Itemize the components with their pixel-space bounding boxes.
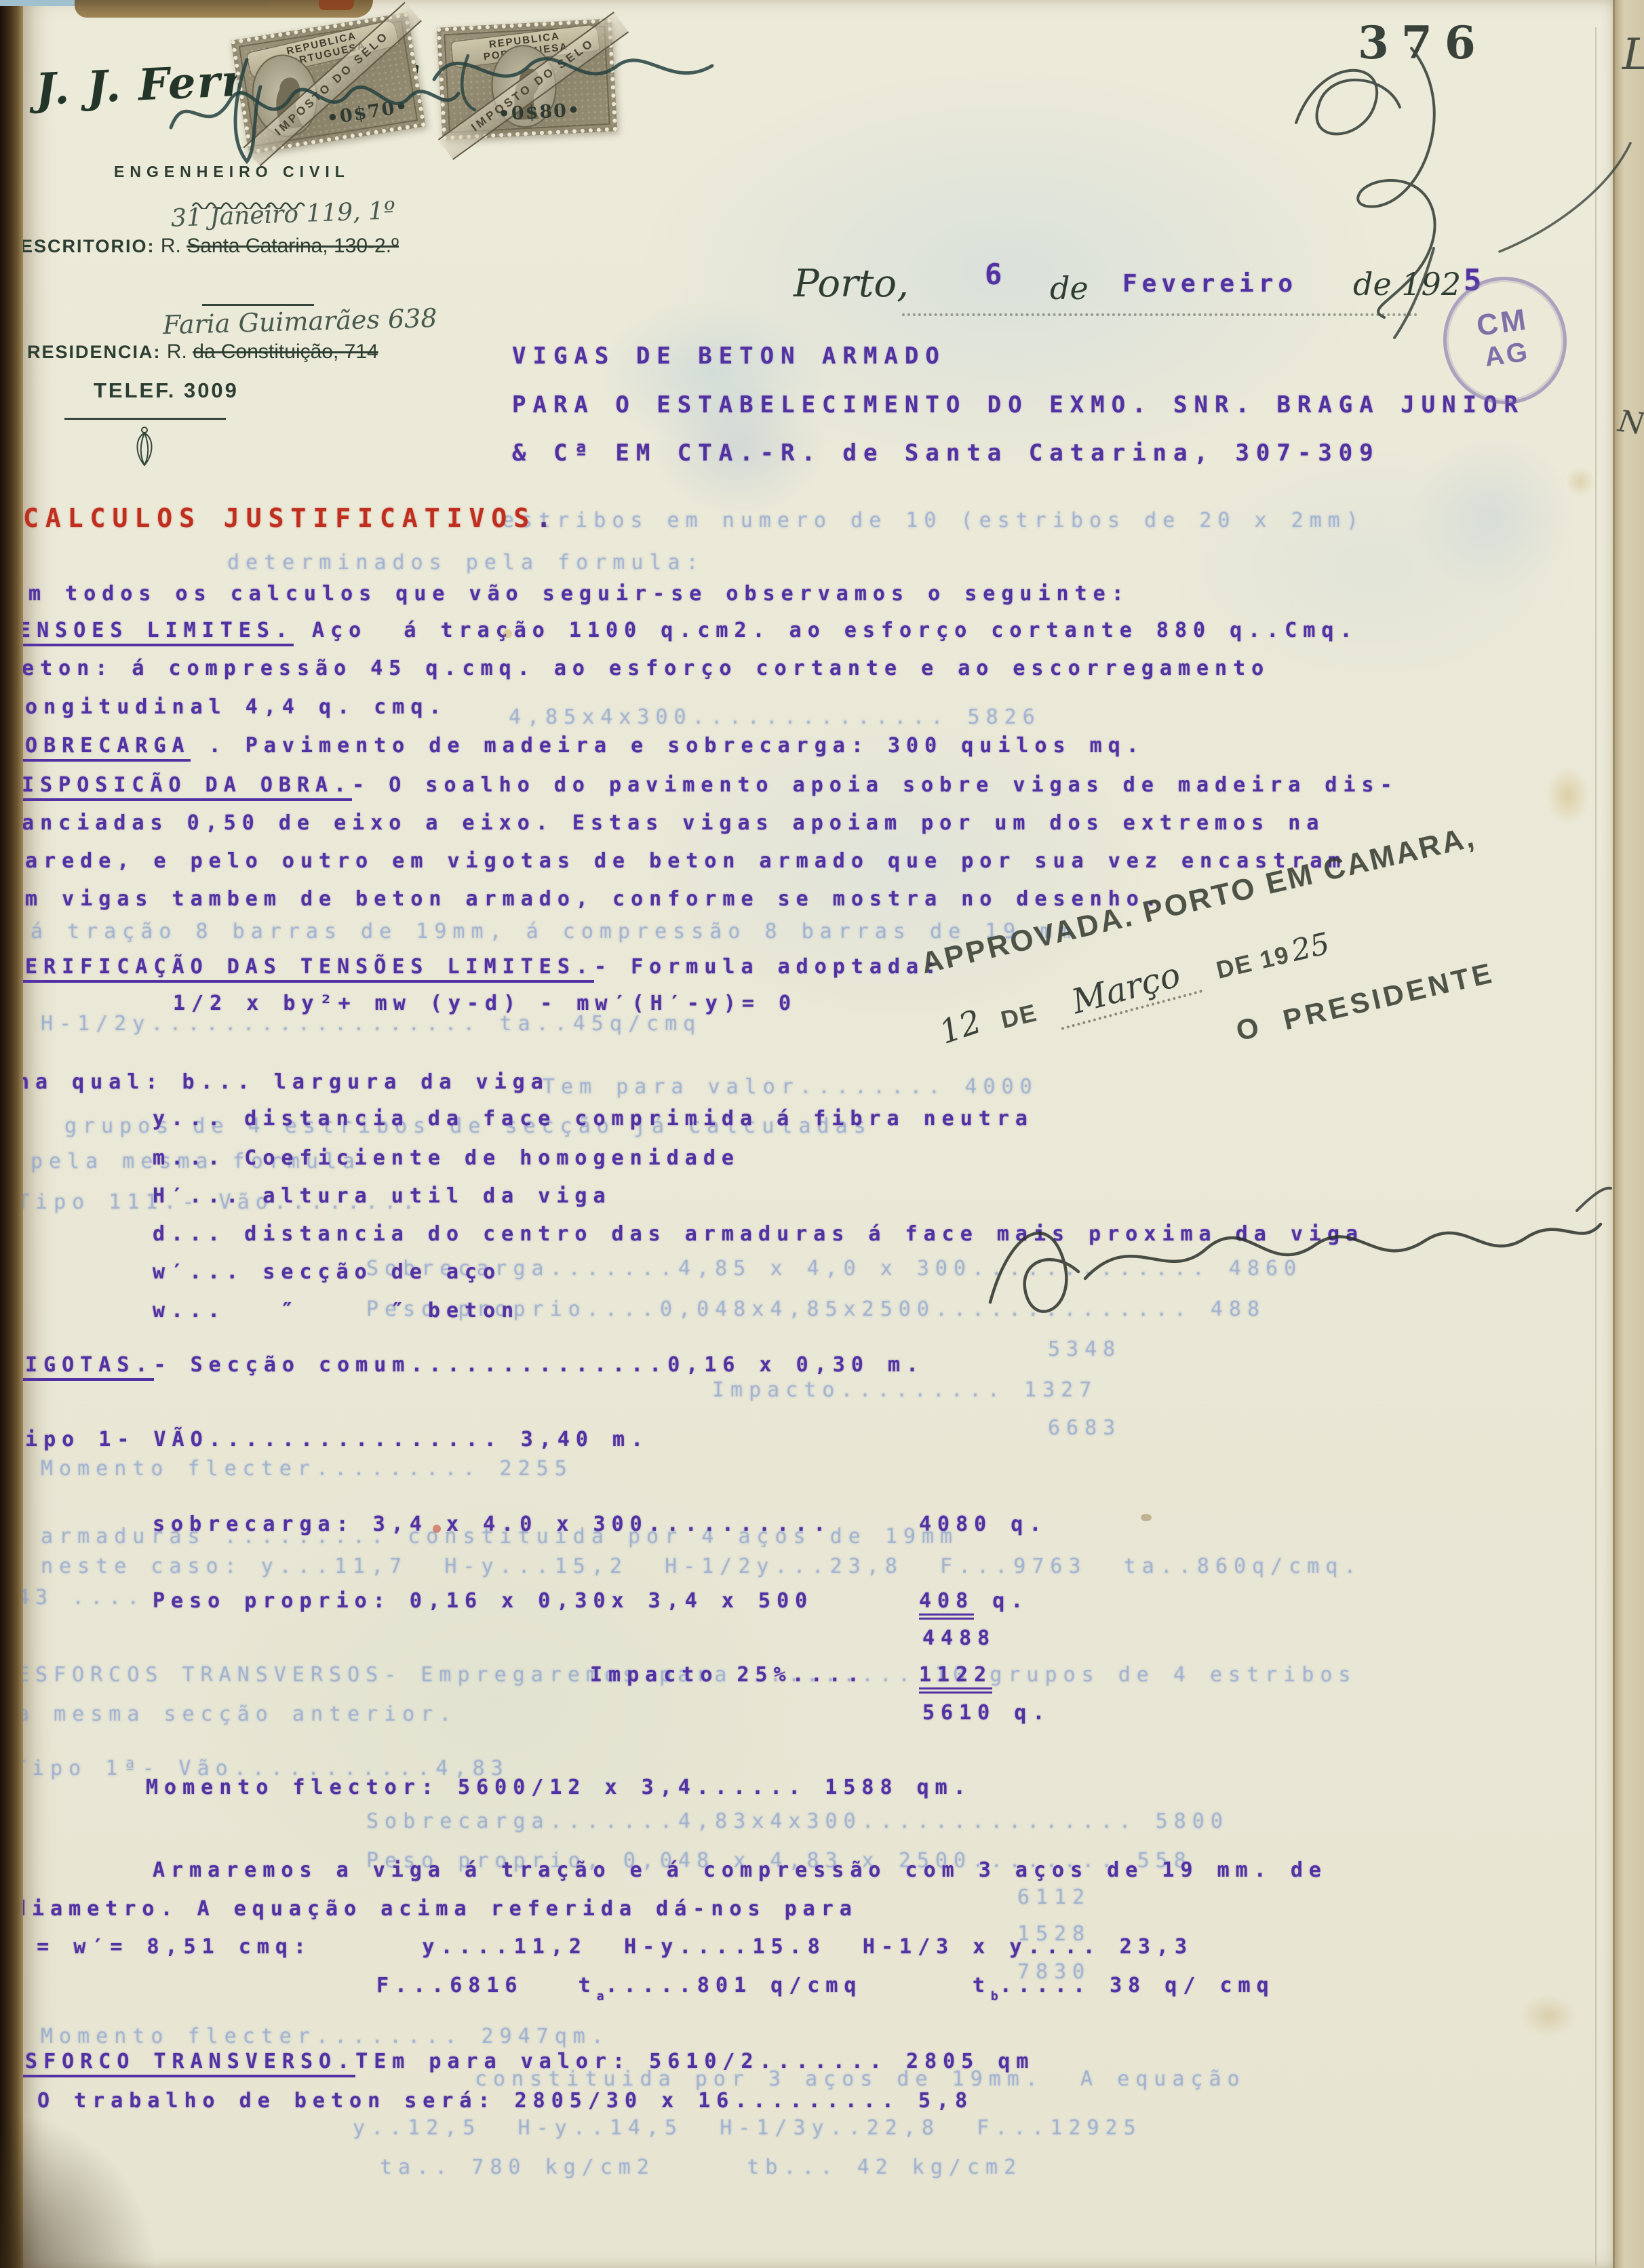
typed-line: SOBRECARGA . Pavimento de madeira e sobr… xyxy=(7,734,1145,758)
ghost-line: Sobrecarga.......4,83x4x300.............… xyxy=(366,1810,1229,1833)
revenue-stamp-080: REPUBLICA PORTUGUESA IMPOSTO DO SELO •0$… xyxy=(437,18,617,140)
leaf-ornament-icon xyxy=(129,425,160,469)
typed-line: longitudinal 4,4 q. cmq. xyxy=(7,695,447,719)
approval-de19: DE 19 xyxy=(1213,940,1292,984)
subscript-a: a xyxy=(597,1989,606,2003)
residence-prefix: R. xyxy=(161,340,193,363)
ghost-line: 43 .... xyxy=(17,1586,145,1609)
subscript-b: b xyxy=(991,1989,1000,2003)
typed-line: Beton: á compressão 45 q.cmq. ao esforço… xyxy=(3,657,1270,680)
underlined-heading: DISPOSICÃO DA OBRA. xyxy=(3,773,352,801)
unit: q. xyxy=(974,1589,1029,1613)
underlined-heading: SOBRECARGA xyxy=(7,734,191,762)
ghost-line: ta.. 780 kg/cm2 tb... 42 kg/cm2 xyxy=(380,2155,1022,2179)
typed-line: na qual: b... largura da viga xyxy=(17,1070,549,1094)
underlined-heading: VERIFICAÇÃO DAS TENSÕES LIMITES. xyxy=(7,955,594,983)
ghost-line: Impacto......... 1327 xyxy=(712,1378,1097,1402)
letterhead-office-line: ESCRITORIO: R. Santa Catarina, 130-2.º xyxy=(20,235,399,258)
underlined-number: 1122 xyxy=(919,1663,992,1694)
typed-line: Armaremos a viga á tração e á compressão… xyxy=(153,1858,1327,1882)
typed-total: 5610 q. xyxy=(922,1701,1051,1725)
date-de2: de 192 xyxy=(1353,266,1461,302)
torn-edge-spot xyxy=(319,0,354,10)
office-label: ESCRITORIO: xyxy=(20,236,155,256)
ghost-line: y..12,5 H-y..14,5 H-1/3y..22,8 F...12925 xyxy=(353,2116,1142,2140)
page-fold-line xyxy=(1595,27,1597,2265)
stamp-value: •0$80• xyxy=(498,100,581,125)
next-page-edge xyxy=(1613,0,1644,2268)
approval-de: DE xyxy=(998,998,1040,1034)
typed-value: 4080 q. xyxy=(919,1512,1047,1536)
typed-line: diametro. A equação acima referida dá-no… xyxy=(14,1897,858,1921)
ghost-line: Sobrecarga.......4,85 x 4,0 x 300.......… xyxy=(366,1257,1302,1280)
line-text: .....801 q/cmq t xyxy=(606,1974,991,1997)
title-line2: PARA O ESTABELECIMENTO DO EXMO. SNR. BRA… xyxy=(512,391,1525,418)
typed-line: DISPOSICÃO DA OBRA.- O soalho do pavimen… xyxy=(3,773,1398,797)
ghost-line: á tração 8 barras de 19mm, á compressão … xyxy=(31,920,1077,943)
heading-red-text: CALCULOS JUSTIFICATIVOS xyxy=(23,503,536,533)
typed-line: O trabalho de beton será: 2805/30 x 16..… xyxy=(37,2089,973,2113)
ghost-line: a mesma secção anterior. xyxy=(17,1702,457,1726)
ghost-line: H-1/2y.................. ta..45q/cmq xyxy=(41,1012,701,1036)
ghost-line: determinados pela formula: xyxy=(227,551,705,574)
typed-line: VERIFICAÇÃO DAS TENSÕES LIMITES.- Formul… xyxy=(7,955,943,979)
ghost-line: estribos em numero de 10 (estribos de 20… xyxy=(502,509,1365,532)
date-day: 6 xyxy=(985,258,1002,291)
underlined-heading: ESFORCO TRANSVERSO. xyxy=(7,2050,355,2077)
letterhead-rule-bottom xyxy=(64,418,226,420)
typed-line: Tipo 1- VÃO................ 3,40 m. xyxy=(7,1428,649,1451)
bottom-left-shadow xyxy=(0,2116,163,2268)
line-text: TEm para valor: 5610/2....... 2805 qm xyxy=(355,2050,1034,2073)
edge-mark-mid: N xyxy=(1616,404,1644,442)
approval-year-handwritten: 25 xyxy=(1288,926,1333,969)
typed-line: Em todos os calculos que vão seguir-se o… xyxy=(10,582,1130,606)
ghost-line: 5348 xyxy=(1048,1337,1121,1361)
typed-formula: 1/2 x by²+ mw (y-d) - mw′(H′-y)= 0 xyxy=(173,992,797,1015)
book-binding xyxy=(0,0,23,2268)
ghost-line: neste caso: y...11,7 H-y...15,2 H-1/2y..… xyxy=(41,1555,1362,1578)
line-text: F...6816 t xyxy=(376,1974,597,1997)
typed-line: TENSOES LIMITES. Aço á tração 1100 q.cm2… xyxy=(0,619,1358,642)
ghost-line: 4,85x4x300.............. 5826 xyxy=(509,705,1041,729)
underlined-number: 408 xyxy=(919,1589,974,1620)
scanned-document-page: { "page": {"number": "376", "edge_mark_t… xyxy=(0,0,1644,2268)
typed-line: tanciadas 0,50 de eixo a eixo. Estas vig… xyxy=(3,811,1325,835)
typed-line: VIGOTAS.- Secção comum..............0,16… xyxy=(7,1353,924,1377)
underlined-heading: VIGOTAS. xyxy=(7,1353,154,1381)
date-month: Fevereiro xyxy=(1122,270,1297,298)
typed-line: y... distancia da face comprimida á fibr… xyxy=(153,1107,1034,1131)
typed-line: em vigas tambem de beton armado, conform… xyxy=(7,887,1163,911)
line-text: - Formula adoptada: xyxy=(594,955,943,979)
office-prefix: R. xyxy=(155,235,187,257)
typed-sum: 1122 xyxy=(919,1663,992,1687)
ghost-line: 6683 xyxy=(1048,1416,1121,1440)
date-dotted-line xyxy=(902,313,1417,316)
letterhead-profession: ENGENHEIRO CIVIL xyxy=(114,163,350,181)
residence-label: RESIDENCIA: xyxy=(27,342,161,362)
letterhead-residence-line: RESIDENCIA: R. da Constituição, 714 xyxy=(27,340,378,364)
ghost-line: Momento flecter......... 2255 xyxy=(41,1457,573,1481)
title-line1: VIGAS DE BETON ARMADO xyxy=(512,343,946,370)
typed-line: Peso proprio: 0,16 x 0,30x 3,4 x 500 xyxy=(153,1589,813,1613)
edge-mark-top: L xyxy=(1622,30,1644,80)
typed-line: d... distancia do centro das armaduras á… xyxy=(153,1222,1364,1246)
typed-line: parede, e pelo outro em vigotas de beton… xyxy=(7,849,1347,873)
line-text: - Secção comum..............0,16 x 0,30 … xyxy=(154,1353,925,1377)
ghost-line: Momento flecter........ 2947qm. xyxy=(41,2025,610,2048)
underlined-heading: TENSOES LIMITES. xyxy=(0,619,294,646)
section-heading: CALCULOS JUSTIFICATIVOS. xyxy=(23,503,558,533)
document-number: 376 xyxy=(1358,16,1488,69)
typed-line: ESFORCO TRANSVERSO.TEm para valor: 5610/… xyxy=(7,2050,1034,2073)
approval-month-handwritten: Março xyxy=(1051,950,1202,1030)
typed-line: Momento flector: 5600/12 x 3,4...... 158… xyxy=(146,1776,972,1799)
typed-line: m... Coeficiente de homogenidade xyxy=(153,1146,740,1170)
title-line3: & Cª EM CTA.-R. de Santa Catarina, 307-3… xyxy=(512,439,1380,467)
approval-day-handwritten: 12 xyxy=(935,1002,986,1052)
typed-total: 4488 xyxy=(922,1626,996,1650)
typed-line: w = w′= 8,51 cmq: y....11,2 H-y....15.8 … xyxy=(0,1935,1193,1959)
heading-dot: . xyxy=(536,503,558,533)
line-text: . Pavimento de madeira e sobrecarga: 300… xyxy=(191,734,1145,758)
date-city: Porto, xyxy=(794,262,909,306)
office-struck-address: Santa Catarina, 130-2.º xyxy=(187,235,399,257)
letterhead-rule xyxy=(202,304,314,306)
ghost-line: 6112 xyxy=(1017,1885,1091,1909)
letterhead-telephone: TELEF. 3009 xyxy=(94,378,239,403)
typed-line: sobrecarga: 3,4 x 4.0 x 300.......... xyxy=(153,1512,831,1536)
line-text: ..... 38 q/ cmq xyxy=(1000,1974,1275,1997)
date-de1: de xyxy=(1050,270,1089,307)
typed-line: Impacto 25%.... xyxy=(590,1663,865,1687)
line-text: - O soalho do pavimento apoia sobre viga… xyxy=(352,773,1398,797)
typed-line: H′... altura util da viga xyxy=(153,1184,612,1208)
typed-sum: 408 q. xyxy=(919,1589,1029,1613)
line-text: Aço á tração 1100 q.cm2. ao esforço cort… xyxy=(294,619,1358,642)
typed-line: w... ″ ″ beton xyxy=(153,1299,520,1323)
typed-line: F...6816 ta.....801 q/cmq tb..... 38 q/ … xyxy=(376,1974,1275,2003)
typed-line: w′... secção de aço xyxy=(153,1260,501,1284)
residence-struck-address: da Constituição, 714 xyxy=(193,340,378,363)
